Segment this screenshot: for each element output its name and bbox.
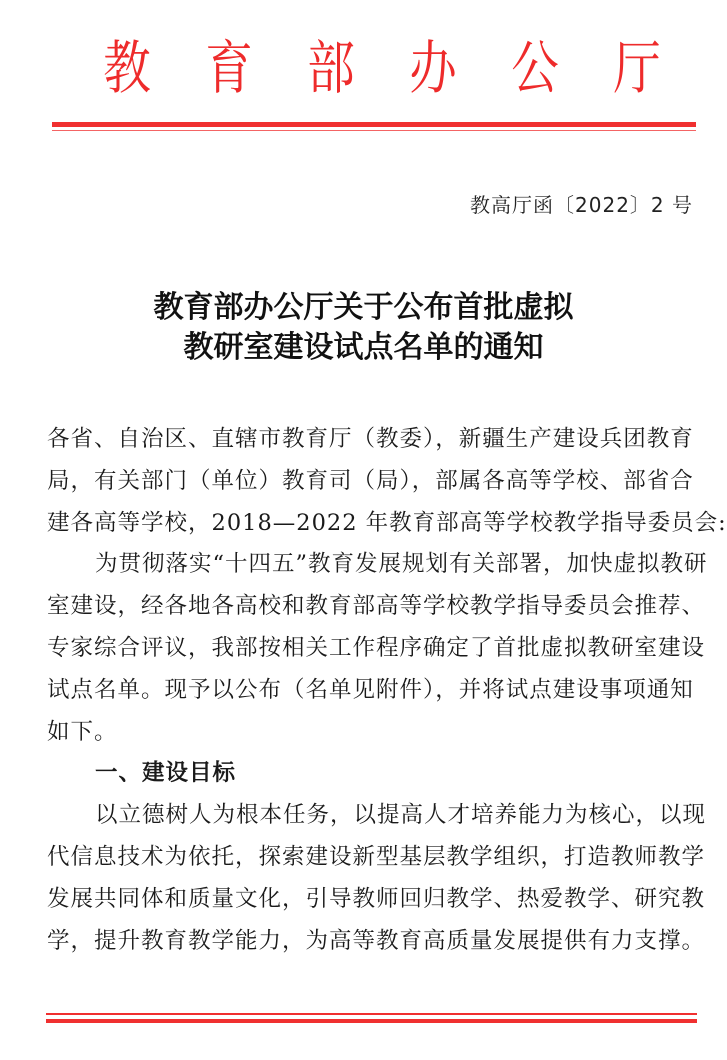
intro-line: 室建设，经各地各高校和教育部高等学校教学指导委员会推荐、 — [47, 586, 727, 628]
masthead-char: 育 — [205, 28, 253, 108]
intro-line: 为贯彻落实“十四五”教育发展规划有关部署，加快虚拟教研 — [47, 544, 727, 586]
header-rule-thick — [52, 122, 696, 127]
section-line: 发展共同体和质量文化，引导教师回归教学、热爱教学、研究教 — [47, 879, 727, 921]
footer-rule-thick — [46, 1019, 697, 1023]
masthead-char: 教 — [103, 28, 151, 108]
title-line-1: 教育部办公厅关于公布首批虚拟 — [0, 288, 727, 328]
header-rule-thin — [52, 130, 696, 131]
intro-line: 如下。 — [47, 712, 727, 754]
document-body: 各省、自治区、直辖市教育厅（教委），新疆生产建设兵团教育 局，有关部门（单位）教… — [47, 419, 727, 962]
masthead-char: 公 — [511, 28, 559, 108]
section-line: 学，提升教育教学能力，为高等教育高质量发展提供有力支撑。 — [47, 921, 727, 963]
document-number: 教高厅函〔2022〕2 号 — [470, 190, 693, 220]
masthead-char: 厅 — [613, 28, 661, 108]
masthead-char: 部 — [307, 28, 355, 108]
footer-rule-thin — [46, 1013, 697, 1015]
masthead-char: 办 — [409, 28, 457, 108]
section-line: 以立德树人为根本任务，以提高人才培养能力为核心，以现 — [47, 795, 727, 837]
addressee-line: 局，有关部门（单位）教育司（局），部属各高等学校、部省合 — [47, 461, 727, 503]
document-title: 教育部办公厅关于公布首批虚拟 教研室建设试点名单的通知 — [0, 288, 727, 368]
masthead: 教 育 部 办 公 厅 — [0, 28, 727, 108]
addressee-line: 建各高等学校，2018—2022 年教育部高等学校教学指导委员会: — [47, 503, 727, 545]
title-line-2: 教研室建设试点名单的通知 — [0, 328, 727, 368]
section-line: 代信息技术为依托，探索建设新型基层教学组织，打造教师教学 — [47, 837, 727, 879]
section-heading: 一、建设目标 — [47, 753, 727, 795]
intro-line: 试点名单。现予以公布（名单见附件），并将试点建设事项通知 — [47, 670, 727, 712]
intro-line: 专家综合评议，我部按相关工作程序确定了首批虚拟教研室建设 — [47, 628, 727, 670]
addressee-line: 各省、自治区、直辖市教育厅（教委），新疆生产建设兵团教育 — [47, 419, 727, 461]
